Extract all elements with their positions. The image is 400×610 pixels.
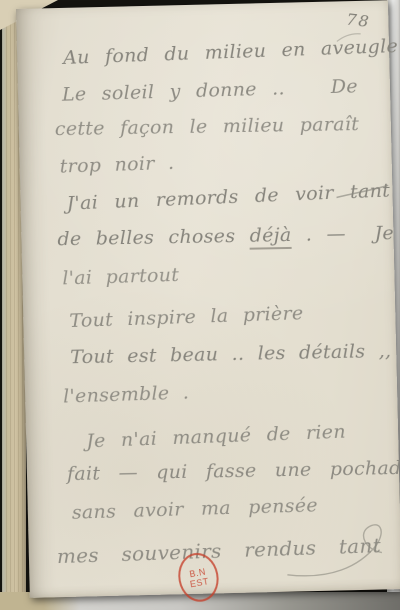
line-text: de belles choses [57, 225, 250, 251]
notebook-page: 78 Au fond du milieu en aveugle Le solei… [16, 0, 400, 598]
manuscript-line: sans avoir ma pensée [72, 493, 319, 525]
manuscript-line: de belles choses déjà . — Je [57, 221, 394, 251]
manuscript-line: fait — qui fasse une pochade [67, 456, 400, 486]
line-text: . — Je [291, 222, 394, 246]
manuscript-line: J'ai un remords de voir tant [66, 178, 390, 215]
handwritten-text: Au fond du milieu en aveugle Le soleil y… [16, 0, 388, 9]
manuscript-line: trop noir . [59, 151, 174, 179]
page-number: 78 [345, 10, 371, 32]
manuscript-photo: 78 Au fond du milieu en aveugle Le solei… [0, 0, 400, 610]
manuscript-line: Tout inspire la prière [69, 301, 304, 333]
underlined-word: déjà [249, 224, 291, 250]
stamp-text-bottom: EST [189, 576, 210, 589]
manuscript-line: Au fond du milieu en aveugle [63, 34, 399, 70]
manuscript-line: Je n'ai manqué de rien [86, 420, 346, 454]
manuscript-line: Tout est beau .. les détails ,, [70, 339, 392, 369]
manuscript-line: mes souvenirs rendus tant ... [57, 532, 400, 568]
manuscript-line: l'ai partout [62, 263, 180, 291]
manuscript-line: l'ensemble . [63, 380, 190, 408]
manuscript-line: cette façon le milieu paraît [55, 112, 360, 141]
manuscript-line: Le soleil y donne .. De [62, 74, 358, 107]
